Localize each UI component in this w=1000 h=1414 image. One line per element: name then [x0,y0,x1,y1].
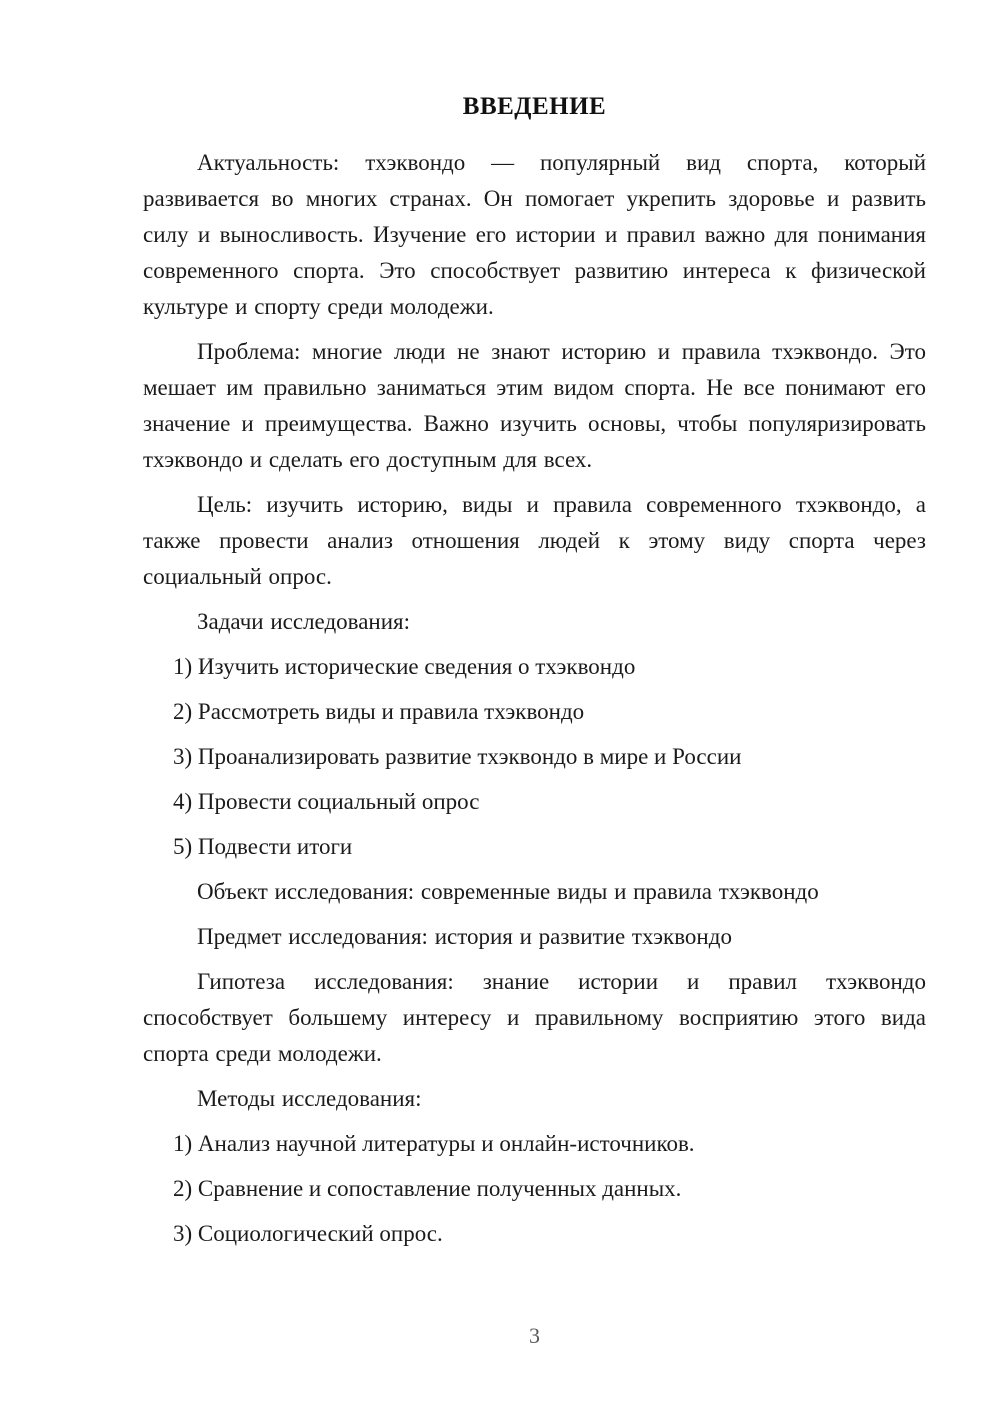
method-item-1: 1) Анализ научной литературы и онлайн-ис… [143,1126,926,1162]
method-item-3: 3) Социологический опрос. [143,1216,926,1252]
task-item-1: 1) Изучить исторические сведения о тхэкв… [143,649,926,685]
methods-heading: Методы исследования: [143,1081,926,1117]
paragraph-object: Объект исследования: современные виды и … [143,874,926,910]
task-item-4: 4) Провести социальный опрос [143,784,926,820]
task-item-5: 5) Подвести итоги [143,829,926,865]
page-number: 3 [143,1322,926,1350]
page-title: ВВЕДЕНИЕ [143,93,926,121]
method-item-2: 2) Сравнение и сопоставление полученных … [143,1171,926,1207]
task-item-2: 2) Рассмотреть виды и правила тхэквондо [143,694,926,730]
document-page: ВВЕДЕНИЕ Актуальность: тхэквондо — попул… [0,0,1000,1414]
tasks-heading: Задачи исследования: [143,604,926,640]
paragraph-problem: Проблема: многие люди не знают историю и… [143,334,926,478]
task-item-3: 3) Проанализировать развитие тхэквондо в… [143,739,926,775]
paragraph-hypothesis: Гипотеза исследования: знание истории и … [143,964,926,1072]
paragraph-relevance: Актуальность: тхэквондо — популярный вид… [143,145,926,325]
paragraph-subject: Предмет исследования: история и развитие… [143,919,926,955]
paragraph-goal: Цель: изучить историю, виды и правила со… [143,487,926,595]
